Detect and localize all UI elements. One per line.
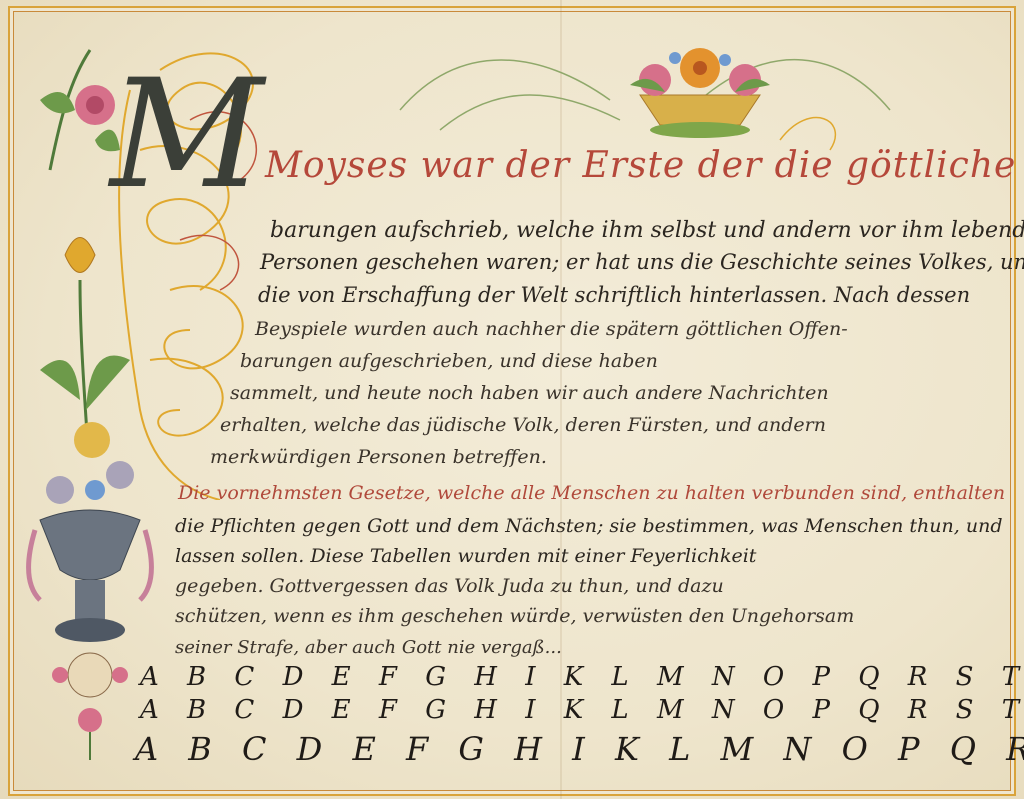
paragraph2-line: die Pflichten gegen Gott und dem Nächste… xyxy=(175,515,1002,537)
urn-vine-icon xyxy=(20,220,160,780)
body-line: die von Erschaffung der Welt schriftlich… xyxy=(258,283,970,307)
alphabet-row: A B C D E F G H I K L M N O P Q R S T U … xyxy=(140,695,1024,725)
paragraph2-line: schützen, wenn es ihm geschehen würde, v… xyxy=(175,605,854,627)
body-line: Personen geschehen waren; er hat uns die… xyxy=(260,250,1024,274)
flower-basket-icon xyxy=(610,30,790,140)
decorated-initial-m: M xyxy=(110,60,264,210)
body-line: Beyspiele wurden auch nachher die später… xyxy=(255,318,848,340)
manuscript-page: M Moyses war der Erste der die göttliche… xyxy=(0,0,1024,799)
paragraph2-line: seiner Strafe, aber auch Gott nie vergaß… xyxy=(175,637,562,658)
paragraph2-line: lassen sollen. Diese Tabellen wurden mit… xyxy=(175,545,756,567)
body-line: barungen aufschrieb, welche ihm selbst u… xyxy=(270,218,1024,243)
paragraph2-line: Die vornehmsten Gesetze, welche alle Men… xyxy=(178,482,1005,504)
paragraph2-line: gegeben. Gottvergessen das Volk Juda zu … xyxy=(175,575,724,597)
body-line: merkwürdigen Personen betreffen. xyxy=(210,446,547,468)
alphabet-row: A B C D E F G H I K L M N O P Q R S T U … xyxy=(135,730,1024,768)
alphabet-row: A B C D E F G H I K L M N O P Q R S T U … xyxy=(140,662,1024,692)
manuscript-heading: Moyses war der Erste der die göttliche O… xyxy=(265,145,1024,186)
body-line: sammelt, und heute noch haben wir auch a… xyxy=(230,382,829,404)
body-line: barungen aufgeschrieben, und diese haben xyxy=(240,350,658,372)
body-line: erhalten, welche das jüdische Volk, dere… xyxy=(220,414,826,436)
